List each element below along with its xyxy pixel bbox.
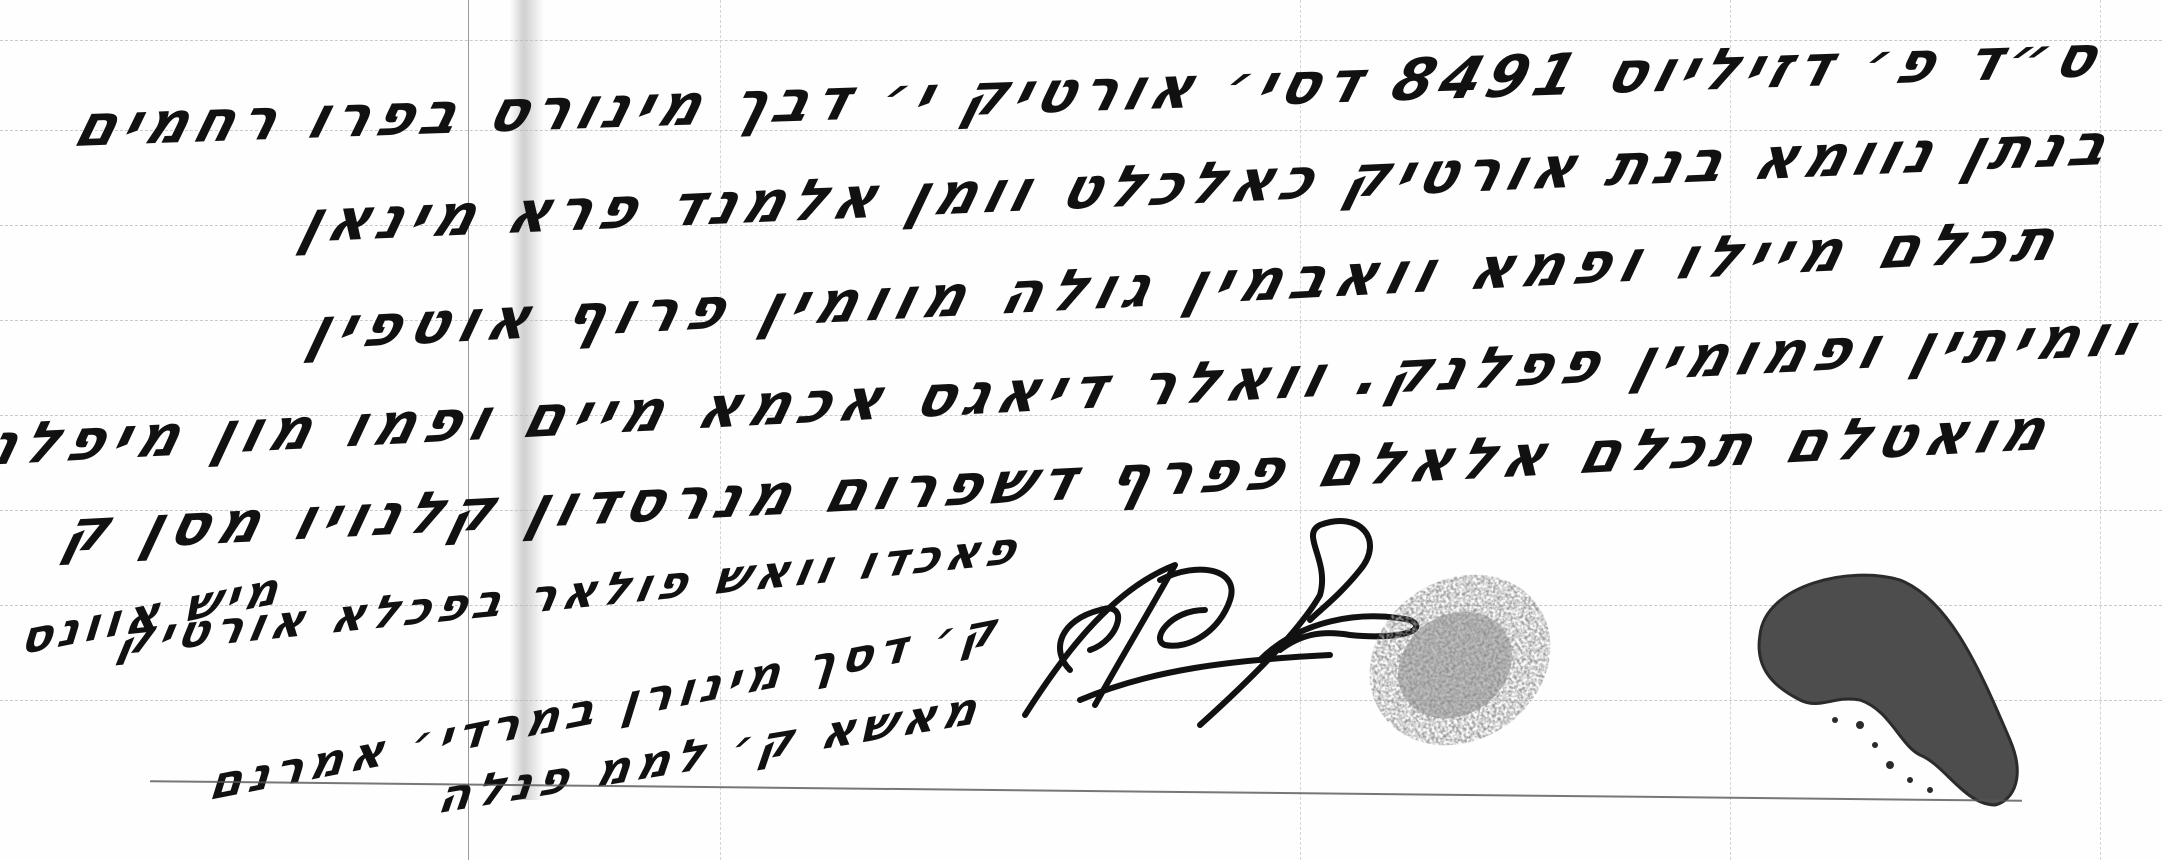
fingerprint-light-icon (1320, 550, 1600, 780)
thumbprint-dark-icon (1740, 560, 2070, 820)
scanned-document-page: ס״ד פ׳ דזיליוס 1948 דסי׳ אורטיק י׳ דבך מ… (0, 0, 2162, 860)
grid-line (1300, 0, 1301, 860)
